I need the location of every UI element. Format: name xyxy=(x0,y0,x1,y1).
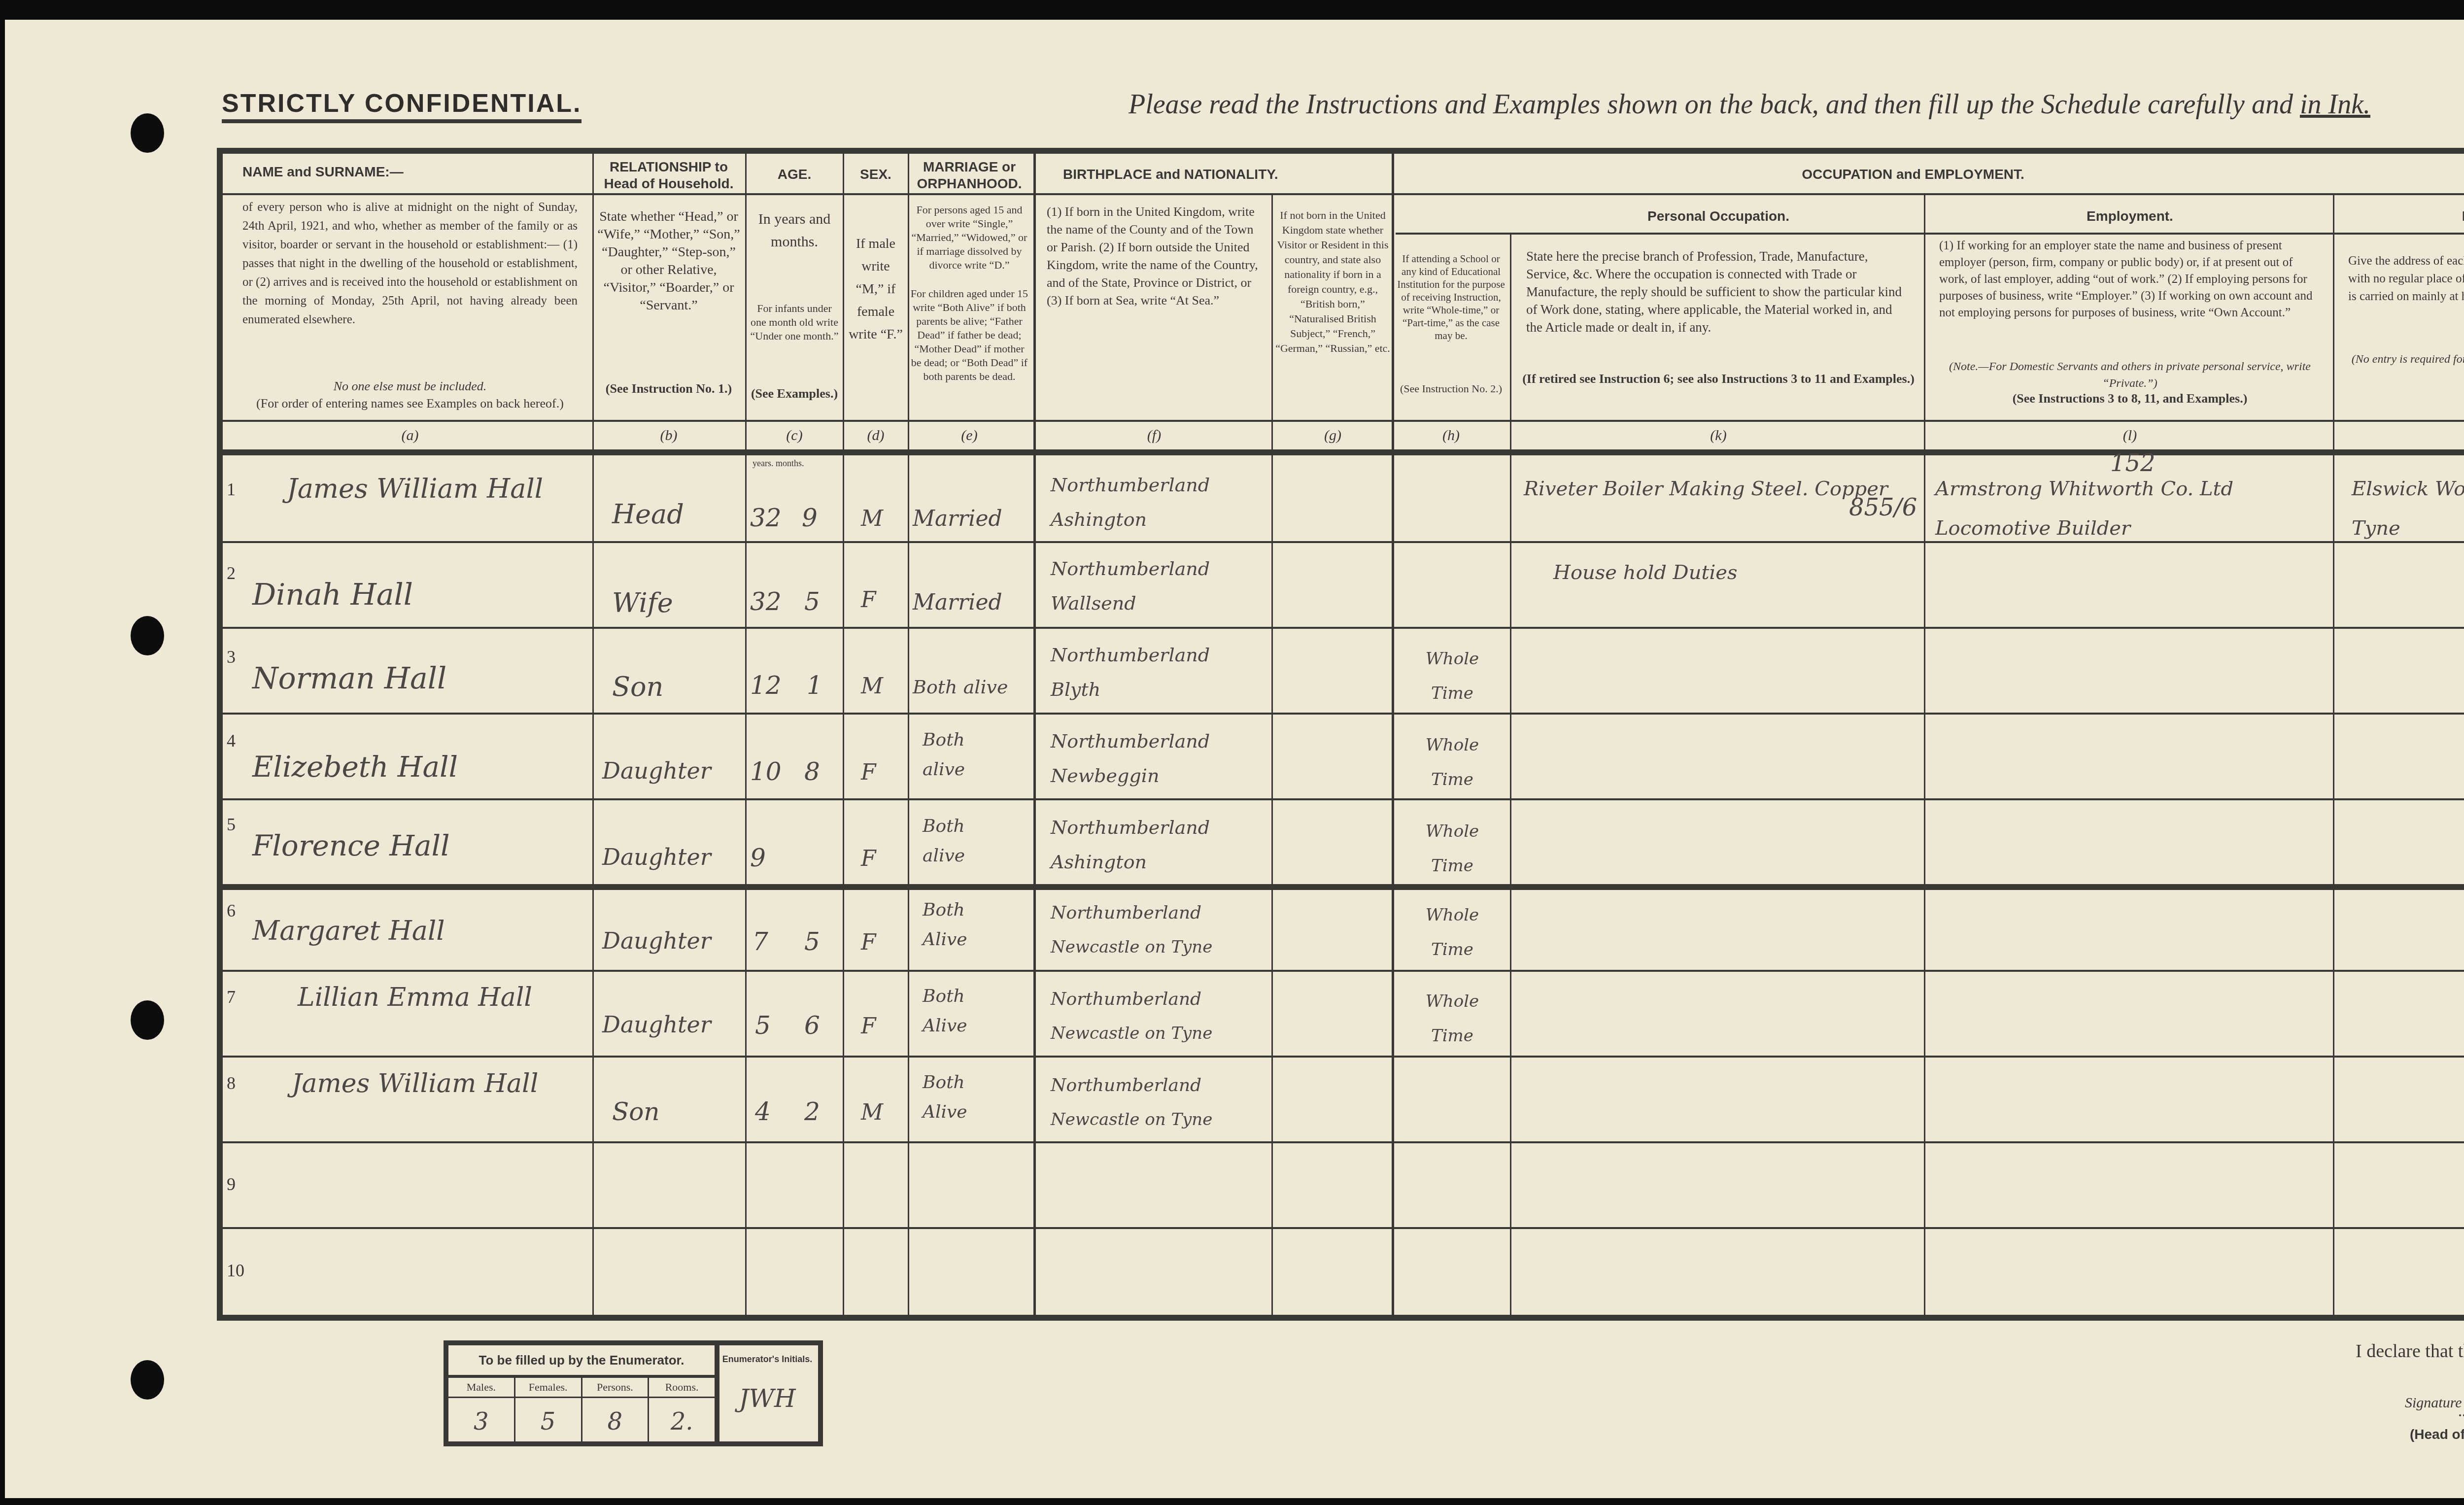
females-label: Females. xyxy=(515,1378,581,1398)
row-divider xyxy=(223,1056,2464,1058)
census-table: NAME and SURNAME:— of every person who i… xyxy=(217,148,2464,1321)
marriage-status[interactable]: Both alive xyxy=(923,725,982,785)
enumerator-initials-box: Enumerator's Initials. JWH xyxy=(715,1340,823,1446)
rooms-cell: Rooms. 2. xyxy=(649,1378,715,1442)
page-title: STRICTLY CONFIDENTIAL. xyxy=(222,89,582,123)
person-name[interactable] xyxy=(252,1255,587,1304)
females-cell: Females. 5 xyxy=(515,1378,582,1442)
row-number: 4 xyxy=(227,730,236,751)
summary-heading: To be filled up by the Enumerator. xyxy=(448,1345,715,1378)
row-number: 7 xyxy=(227,987,236,1007)
marriage-status[interactable]: Both Alive xyxy=(923,1068,982,1127)
age-months[interactable]: 2 xyxy=(804,1097,820,1126)
col-a-title: NAME and SURNAME:— xyxy=(233,164,587,180)
person-name[interactable]: Lillian Emma Hall xyxy=(242,982,587,1013)
col-k-footer: (If retired see Instruction 6; see also … xyxy=(1516,371,1920,387)
school-attendance[interactable]: Whole Time xyxy=(1415,984,1489,1053)
occupation-code: 855/6 xyxy=(1849,494,1917,521)
age-subheader: years. months. xyxy=(753,458,804,469)
rooms-label: Rooms. xyxy=(649,1378,715,1398)
sex[interactable]: F xyxy=(861,846,876,871)
relationship[interactable]: Daughter xyxy=(602,844,711,870)
birthplace-title: BIRTHPLACE and NATIONALITY. xyxy=(1038,166,1383,183)
row-divider xyxy=(223,970,2464,972)
col-l-footer: (See Instructions 3 to 8, 11, and Exampl… xyxy=(1930,390,2329,407)
col-a-body: of every person who is alive at midnight… xyxy=(233,198,587,329)
row-divider xyxy=(223,884,2464,890)
divider xyxy=(1396,233,2464,235)
punch-hole xyxy=(131,1360,164,1400)
persons-count[interactable]: 8 xyxy=(582,1398,648,1436)
birth-county[interactable]: Northumberland xyxy=(1051,558,1210,580)
person-name[interactable] xyxy=(252,1169,587,1218)
row-number: 8 xyxy=(227,1073,236,1094)
person-name[interactable]: James William Hall xyxy=(242,1068,587,1099)
col-d-body: If male write “M,” if female write “F.” xyxy=(846,233,905,346)
col-f-letter: (f) xyxy=(1038,427,1270,444)
birth-county[interactable]: Northumberland xyxy=(1051,474,1210,496)
person-name[interactable]: Elizebeth Hall xyxy=(252,750,458,784)
col-k-body: State here the precise branch of Profess… xyxy=(1516,247,1920,336)
col-c-title: AGE. xyxy=(750,166,839,183)
col-c-footer: (See Examples.) xyxy=(750,385,839,402)
age-years[interactable]: 4 xyxy=(755,1097,771,1126)
rooms-count[interactable]: 2. xyxy=(649,1398,715,1436)
birth-county[interactable]: Northumberland xyxy=(1051,1075,1201,1095)
col-m-letter: (m) xyxy=(2337,427,2464,444)
marriage-status[interactable]: Married xyxy=(913,590,1002,615)
person-name[interactable]: Margaret Hall xyxy=(252,915,445,946)
col-h-body: If attending a School or any kind of Edu… xyxy=(1396,252,1506,342)
col-h-footer: (See Instruction No. 2.) xyxy=(1396,380,1506,397)
birth-town[interactable]: Ashington xyxy=(1051,509,1147,530)
signature-label: Signature xyxy=(2405,1395,2462,1411)
col-m-note: (No entry is required for any person who… xyxy=(2339,351,2464,368)
initials-label: Enumerator's Initials. xyxy=(717,1345,818,1365)
age-years[interactable]: 32 xyxy=(750,504,782,532)
instructions-line: Please read the Instructions and Example… xyxy=(1129,89,2370,120)
col-c-sub: For infants under one month old write “U… xyxy=(750,302,839,343)
divider xyxy=(1271,193,1273,1315)
col-h-letter: (h) xyxy=(1396,427,1506,444)
males-label: Males. xyxy=(448,1378,514,1398)
col-l-note: (Note.—For Domestic Servants and others … xyxy=(1930,358,2329,392)
relationship[interactable]: Daughter xyxy=(602,1011,711,1038)
col-a-note: No one else must be included. xyxy=(233,378,587,395)
age-years[interactable]: 12 xyxy=(750,671,782,700)
divider xyxy=(908,154,909,1315)
col-d-letter: (d) xyxy=(846,427,905,444)
col-f-body: (1) If born in the United Kingdom, write… xyxy=(1041,203,1267,309)
person-name[interactable]: James William Hall xyxy=(242,474,587,504)
divider xyxy=(592,154,594,1315)
enumerator-summary-box: To be filled up by the Enumerator. Males… xyxy=(444,1340,719,1446)
declaration-text: I declare that this Schedule is correctl… xyxy=(2356,1340,2464,1362)
col-g-letter: (g) xyxy=(1275,427,1391,444)
marriage-status[interactable]: Both alive xyxy=(923,812,982,871)
divider xyxy=(1038,193,2464,195)
females-count[interactable]: 5 xyxy=(515,1398,581,1436)
divider xyxy=(1033,154,1036,1315)
row-divider xyxy=(223,1227,2464,1229)
row-number: 2 xyxy=(227,563,236,583)
school-attendance[interactable]: Whole Time xyxy=(1415,814,1489,883)
age-months[interactable]: 5 xyxy=(804,927,820,956)
birth-town[interactable]: Blyth xyxy=(1051,679,1100,700)
punch-hole xyxy=(131,616,164,655)
divider xyxy=(1392,154,1394,1315)
males-count[interactable]: 3 xyxy=(448,1398,514,1436)
relationship[interactable]: Wife xyxy=(612,587,673,618)
row-divider xyxy=(223,627,2464,629)
row-divider xyxy=(223,1141,2464,1143)
birth-county[interactable]: Northumberland xyxy=(1051,903,1201,923)
age-years[interactable]: 5 xyxy=(755,1011,771,1040)
sex[interactable]: F xyxy=(861,1014,876,1039)
sex[interactable]: M xyxy=(861,1100,883,1125)
school-attendance[interactable]: Whole Time xyxy=(1415,642,1489,711)
birth-county[interactable]: Northumberland xyxy=(1051,989,1201,1009)
col-l-title: Employment. xyxy=(1928,208,2332,225)
row-divider xyxy=(223,713,2464,715)
divider xyxy=(745,154,747,1315)
col-e-title: MARRIAGE or ORPHANHOOD. xyxy=(910,159,1028,192)
age-years[interactable]: 7 xyxy=(753,927,768,956)
col-m-body: Give the address of each person’s place … xyxy=(2339,252,2464,306)
relationship[interactable]: Son xyxy=(612,1097,660,1126)
workplace[interactable]: Elswick Works Newcastle On Tyne xyxy=(2352,469,2464,548)
sex[interactable]: M xyxy=(861,506,883,531)
marriage-status[interactable]: Married xyxy=(913,506,1002,531)
years-label: years. xyxy=(753,458,773,468)
persons-label: Persons. xyxy=(582,1378,648,1398)
divider xyxy=(223,193,1038,195)
punch-hole xyxy=(131,1000,164,1040)
divider xyxy=(1924,193,1925,1315)
col-b-letter: (b) xyxy=(597,427,740,444)
birth-county[interactable]: Northumberland xyxy=(1051,730,1210,752)
col-a-footer: (For order of entering names see Example… xyxy=(233,395,587,412)
age-months[interactable]: 6 xyxy=(804,1011,820,1040)
col-e-body: For persons aged 15 and over write “Sing… xyxy=(910,203,1028,272)
relationship[interactable]: Son xyxy=(612,671,663,702)
sex[interactable]: F xyxy=(861,760,876,785)
person-name[interactable]: Florence Hall xyxy=(252,829,450,862)
age-years[interactable]: 10 xyxy=(750,757,782,786)
col-l-body: (1) If working for an employer state the… xyxy=(1930,238,2329,321)
birth-town[interactable]: Wallsend xyxy=(1051,592,1136,614)
person-name[interactable]: Norman Hall xyxy=(252,661,446,696)
employment[interactable]: Armstrong Whitworth Co. Ltd Locomotive B… xyxy=(1935,469,2329,548)
signature-line xyxy=(2459,1414,2464,1416)
row-number: 6 xyxy=(227,900,236,921)
col-e-letter: (e) xyxy=(910,427,1028,444)
divider xyxy=(1510,233,1511,1315)
row-number: 9 xyxy=(227,1174,236,1195)
instructions-text: Please read the Instructions and Example… xyxy=(1129,89,2293,120)
birth-town[interactable]: Newbeggin xyxy=(1051,765,1159,787)
in-ink-text: in Ink. xyxy=(2300,89,2370,120)
col-g-body: If not born in the United Kingdom state … xyxy=(1275,208,1391,356)
divider xyxy=(843,154,844,1315)
age-years[interactable]: 9 xyxy=(750,844,766,872)
occupation-title: OCCUPATION and EMPLOYMENT. xyxy=(1396,166,2430,183)
birth-town[interactable]: Newcastle on Tyne xyxy=(1051,1110,1212,1129)
col-m-title: Place of Work. xyxy=(2337,208,2464,225)
signature-note: (Head of Household, Manager of Establish… xyxy=(2410,1427,2464,1442)
age-months[interactable]: 8 xyxy=(804,757,820,786)
row-number: 3 xyxy=(227,647,236,667)
punch-hole xyxy=(131,113,164,153)
col-d-title: SEX. xyxy=(846,166,905,183)
col-a-letter: (a) xyxy=(233,427,587,444)
relationship[interactable]: Daughter xyxy=(602,757,711,784)
row-divider xyxy=(223,798,2464,800)
sex[interactable]: F xyxy=(861,930,876,955)
col-c-body: In years and months. xyxy=(750,208,839,253)
marriage-status[interactable]: Both Alive xyxy=(923,895,982,955)
person-name[interactable]: Dinah Hall xyxy=(252,578,413,612)
row-number: 10 xyxy=(227,1260,244,1281)
marriage-status[interactable]: Both alive xyxy=(913,676,1008,698)
row-number: 1 xyxy=(227,479,236,500)
divider xyxy=(2333,193,2334,1315)
relationship[interactable]: Daughter xyxy=(602,927,711,954)
col-b-body: State whether “Head,” or “Wife,” “Mother… xyxy=(597,208,740,314)
age-months[interactable]: 1 xyxy=(807,671,822,700)
row-number: 5 xyxy=(227,814,236,835)
col-e-sub: For children aged under 15 write “Both A… xyxy=(910,287,1028,383)
school-attendance[interactable]: Whole Time xyxy=(1415,728,1489,797)
divider xyxy=(223,420,2464,422)
months-label: months. xyxy=(776,458,804,468)
sex[interactable]: F xyxy=(861,587,876,613)
col-c-letter: (c) xyxy=(750,427,839,444)
school-attendance[interactable]: Whole Time xyxy=(1415,898,1489,967)
persons-cell: Persons. 8 xyxy=(582,1378,650,1442)
birth-county[interactable]: Northumberland xyxy=(1051,644,1210,666)
birth-town[interactable]: Ashington xyxy=(1051,851,1147,873)
initials-value[interactable]: JWH xyxy=(717,1365,818,1413)
occupation[interactable]: House hold Duties xyxy=(1553,553,1800,592)
birth-county[interactable]: Northumberland xyxy=(1051,817,1210,838)
col-l-letter: (l) xyxy=(1928,427,2332,444)
age-months[interactable]: 5 xyxy=(804,587,820,616)
relationship[interactable]: Head xyxy=(612,499,684,530)
col-k-title: Personal Occupation. xyxy=(1514,208,1923,225)
col-b-title: RELATIONSHIP to Head of Household. xyxy=(597,159,740,192)
col-b-footer: (See Instruction No. 1.) xyxy=(597,380,740,397)
sex[interactable]: M xyxy=(861,674,883,699)
age-months[interactable]: 9 xyxy=(802,504,818,532)
males-cell: Males. 3 xyxy=(448,1378,515,1442)
marriage-status[interactable]: Both Alive xyxy=(923,982,982,1041)
birth-town[interactable]: Newcastle on Tyne xyxy=(1051,937,1212,957)
birth-town[interactable]: Newcastle on Tyne xyxy=(1051,1024,1212,1043)
employment-code: 152 xyxy=(2110,449,2156,477)
col-k-letter: (k) xyxy=(1514,427,1923,444)
age-years[interactable]: 32 xyxy=(750,587,782,616)
